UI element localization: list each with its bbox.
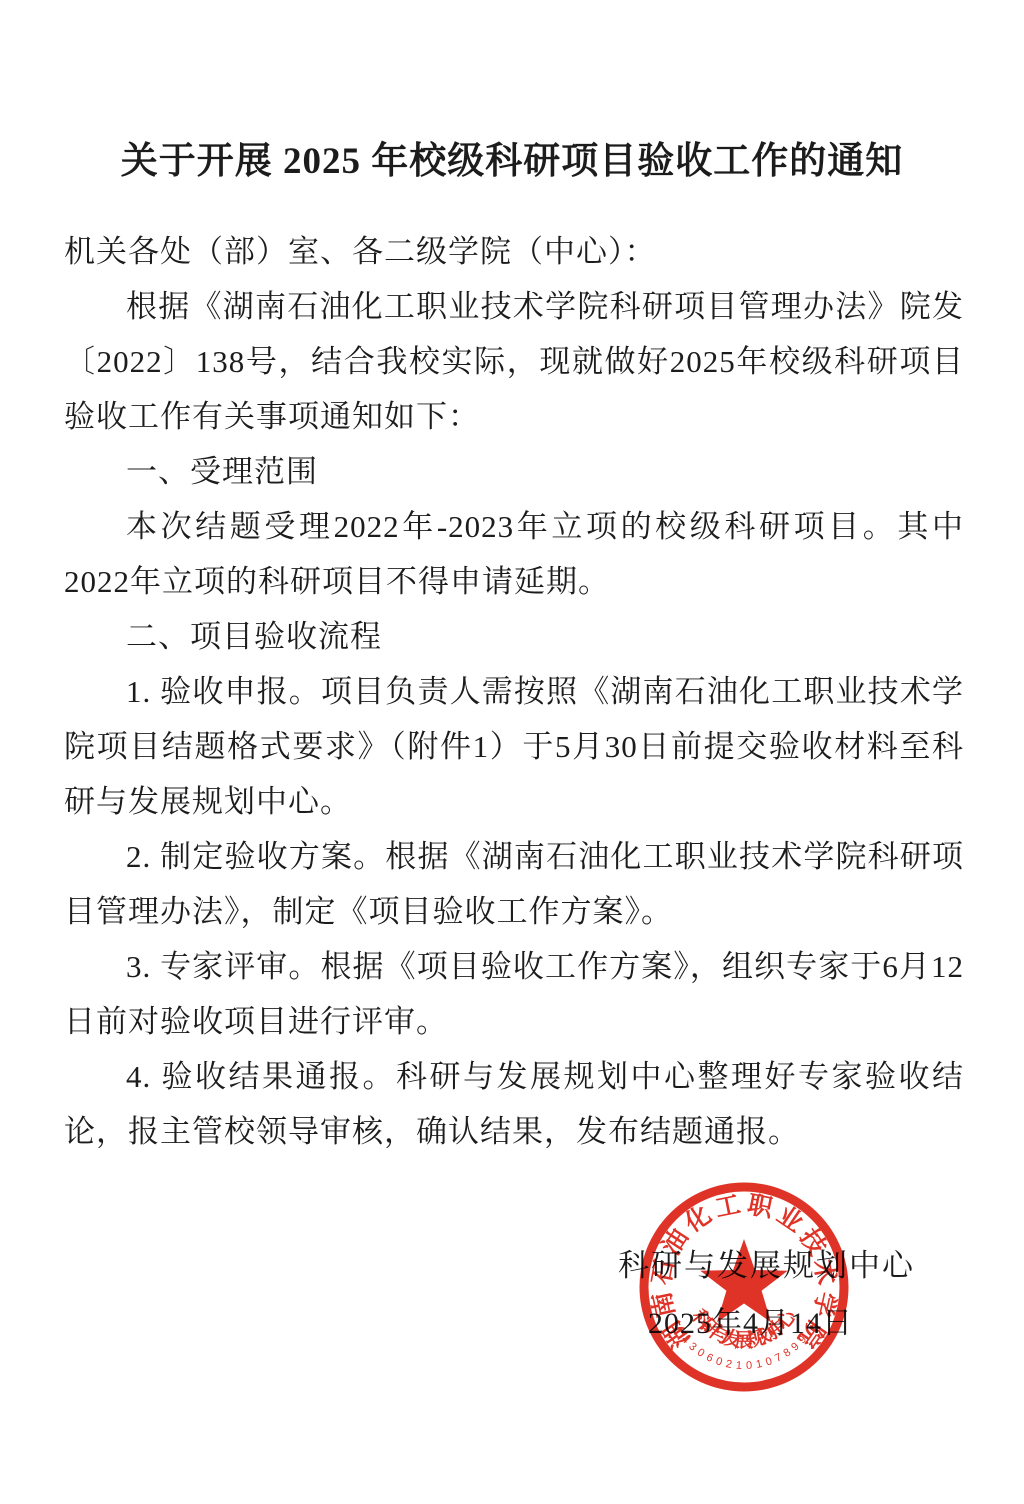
salutation: 机关各处（部）室、各二级学院（中心）：	[64, 224, 964, 279]
official-stamp: 湖南石油化工职业技术学院科研与发展规划中心43060210107899	[633, 1176, 855, 1398]
svg-text:2: 2	[725, 1358, 733, 1371]
section-1-heading: 一、受理范围	[64, 444, 964, 499]
step-4-paragraph: 4. 验收结果通报。科研与发展规划中心整理好专家验收结论，报主管校领导审核，确认…	[64, 1049, 964, 1159]
document-page: 关于开展 2025 年校级科研项目验收工作的通知 机关各处（部）室、各二级学院（…	[0, 0, 1024, 1504]
svg-text:0: 0	[695, 1346, 707, 1359]
svg-text:石: 石	[647, 1257, 679, 1287]
intro-paragraph: 根据《湖南石油化工职业技术学院科研项目管理办法》院发〔2022〕138号，结合我…	[64, 279, 964, 444]
svg-text:南: 南	[648, 1289, 681, 1319]
stamp-star-icon	[700, 1239, 787, 1322]
notice-body: 机关各处（部）室、各二级学院（中心）： 根据《湖南石油化工职业技术学院科研项目管…	[64, 224, 964, 1159]
svg-text:0: 0	[746, 1360, 753, 1372]
step-1-paragraph: 1. 验收申报。项目负责人需按照《湖南石油化工职业技术学院项目结题格式要求》（附…	[64, 664, 964, 829]
svg-text:学: 学	[808, 1289, 841, 1319]
svg-text:0: 0	[714, 1355, 724, 1368]
svg-text:7: 7	[773, 1351, 784, 1364]
svg-text:职: 职	[745, 1190, 776, 1223]
svg-text:术: 术	[808, 1256, 840, 1287]
svg-text:6: 6	[704, 1351, 715, 1364]
svg-text:工: 工	[713, 1190, 743, 1222]
svg-text:1: 1	[735, 1360, 742, 1372]
notice-title: 关于开展 2025 年校级科研项目验收工作的通知	[0, 0, 1024, 184]
step-3-paragraph: 3. 专家评审。根据《项目验收工作方案》，组织专家于6月12日前对验收项目进行评…	[64, 939, 964, 1049]
section-2-heading: 二、项目验收流程	[64, 609, 964, 664]
section-1-body: 本次结题受理2022年-2023年立项的校级科研项目。其中2022年立项的科研项…	[64, 499, 964, 609]
svg-text:1: 1	[755, 1358, 763, 1371]
step-2-paragraph: 2. 制定验收方案。根据《湖南石油化工职业技术学院科研项目管理办法》，制定《项目…	[64, 829, 964, 939]
svg-text:0: 0	[764, 1355, 774, 1368]
